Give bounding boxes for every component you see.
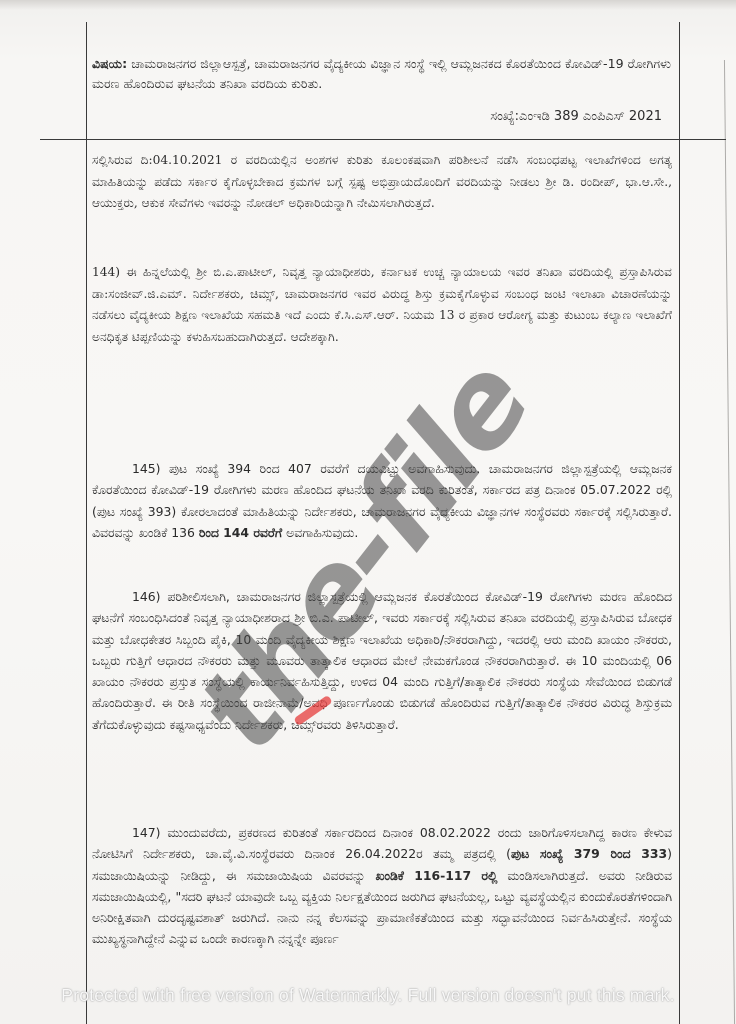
bottom-watermark: Protected with free version of Watermark…	[0, 985, 736, 1006]
document-page: ವಿಷಯ: ಚಾಮರಾಜನಗರ ಜಿಲ್ಲಾಆಸ್ಪತ್ರೆ, ಚಾಮರಾಜನಗ…	[0, 0, 736, 1024]
paragraph-144: 144) ಈ ಹಿನ್ನಲೆಯಲ್ಲಿ ಶ್ರೀ ಬಿ.ಎ.ಪಾಟೀಲ್, ನಿ…	[92, 262, 672, 348]
reference-number: ಸಂಖ್ಯೆ:ಎಂಇಡಿ 389 ಎಂಪಿಎಸ್ 2021	[490, 109, 662, 124]
subject-text: ಚಾಮರಾಜನಗರ ಜಿಲ್ಲಾಆಸ್ಪತ್ರೆ, ಚಾಮರಾಜನಗರ ವೈದ್…	[92, 56, 671, 91]
margin-line-right	[679, 22, 680, 1024]
subject-label: ವಿಷಯ:	[92, 56, 127, 71]
paragraph-145-text: 145) ಪುಟ ಸಂಖ್ಯೆ 394 ರಿಂದ 407 ರವರೆಗೆ ದಯವಿ…	[92, 461, 672, 540]
header-divider	[40, 139, 726, 140]
paragraph-145-bold: ರಿಂದ 144 ರವರೆಗೆ	[199, 525, 282, 540]
paper-edge-right	[724, 60, 735, 1024]
paragraph-147: 147) ಮುಂದುವರೆದು, ಪ್ರಕರಣದ ಕುರಿತಂತೆ ಸರ್ಕಾರ…	[92, 822, 672, 950]
paragraph-147-clause-ref: ಖಂಡಿಕೆ 116-117 ರಲ್ಲಿ	[375, 868, 497, 883]
paper-edge	[0, 0, 736, 10]
paragraph-147-page-ref: ಪುಟ ಸಂಖ್ಯೆ 379 ರಿಂದ 333	[511, 846, 667, 861]
margin-line-left	[86, 22, 87, 1024]
paragraph-146: 146) ಪರಿಶೀಲಿಸಲಾಗಿ, ಚಾಮರಾಜನಗರ ಜಿಲ್ಲಾಸ್ಪತ್…	[92, 586, 672, 735]
subject-line: ವಿಷಯ: ಚಾಮರಾಜನಗರ ಜಿಲ್ಲಾಆಸ್ಪತ್ರೆ, ಚಾಮರಾಜನಗ…	[92, 54, 672, 94]
paragraph-145-end: ಅವಗಾಹಿಸುವುದು.	[286, 525, 358, 540]
paragraph-intro: ಸಲ್ಲಿಸಿರುವ ದಿ:04.10.2021 ರ ವರದಿಯಲ್ಲಿನ ಅಂ…	[92, 150, 672, 215]
paragraph-145: 145) ಪುಟ ಸಂಖ್ಯೆ 394 ರಿಂದ 407 ರವರೆಗೆ ದಯವಿ…	[92, 458, 672, 543]
